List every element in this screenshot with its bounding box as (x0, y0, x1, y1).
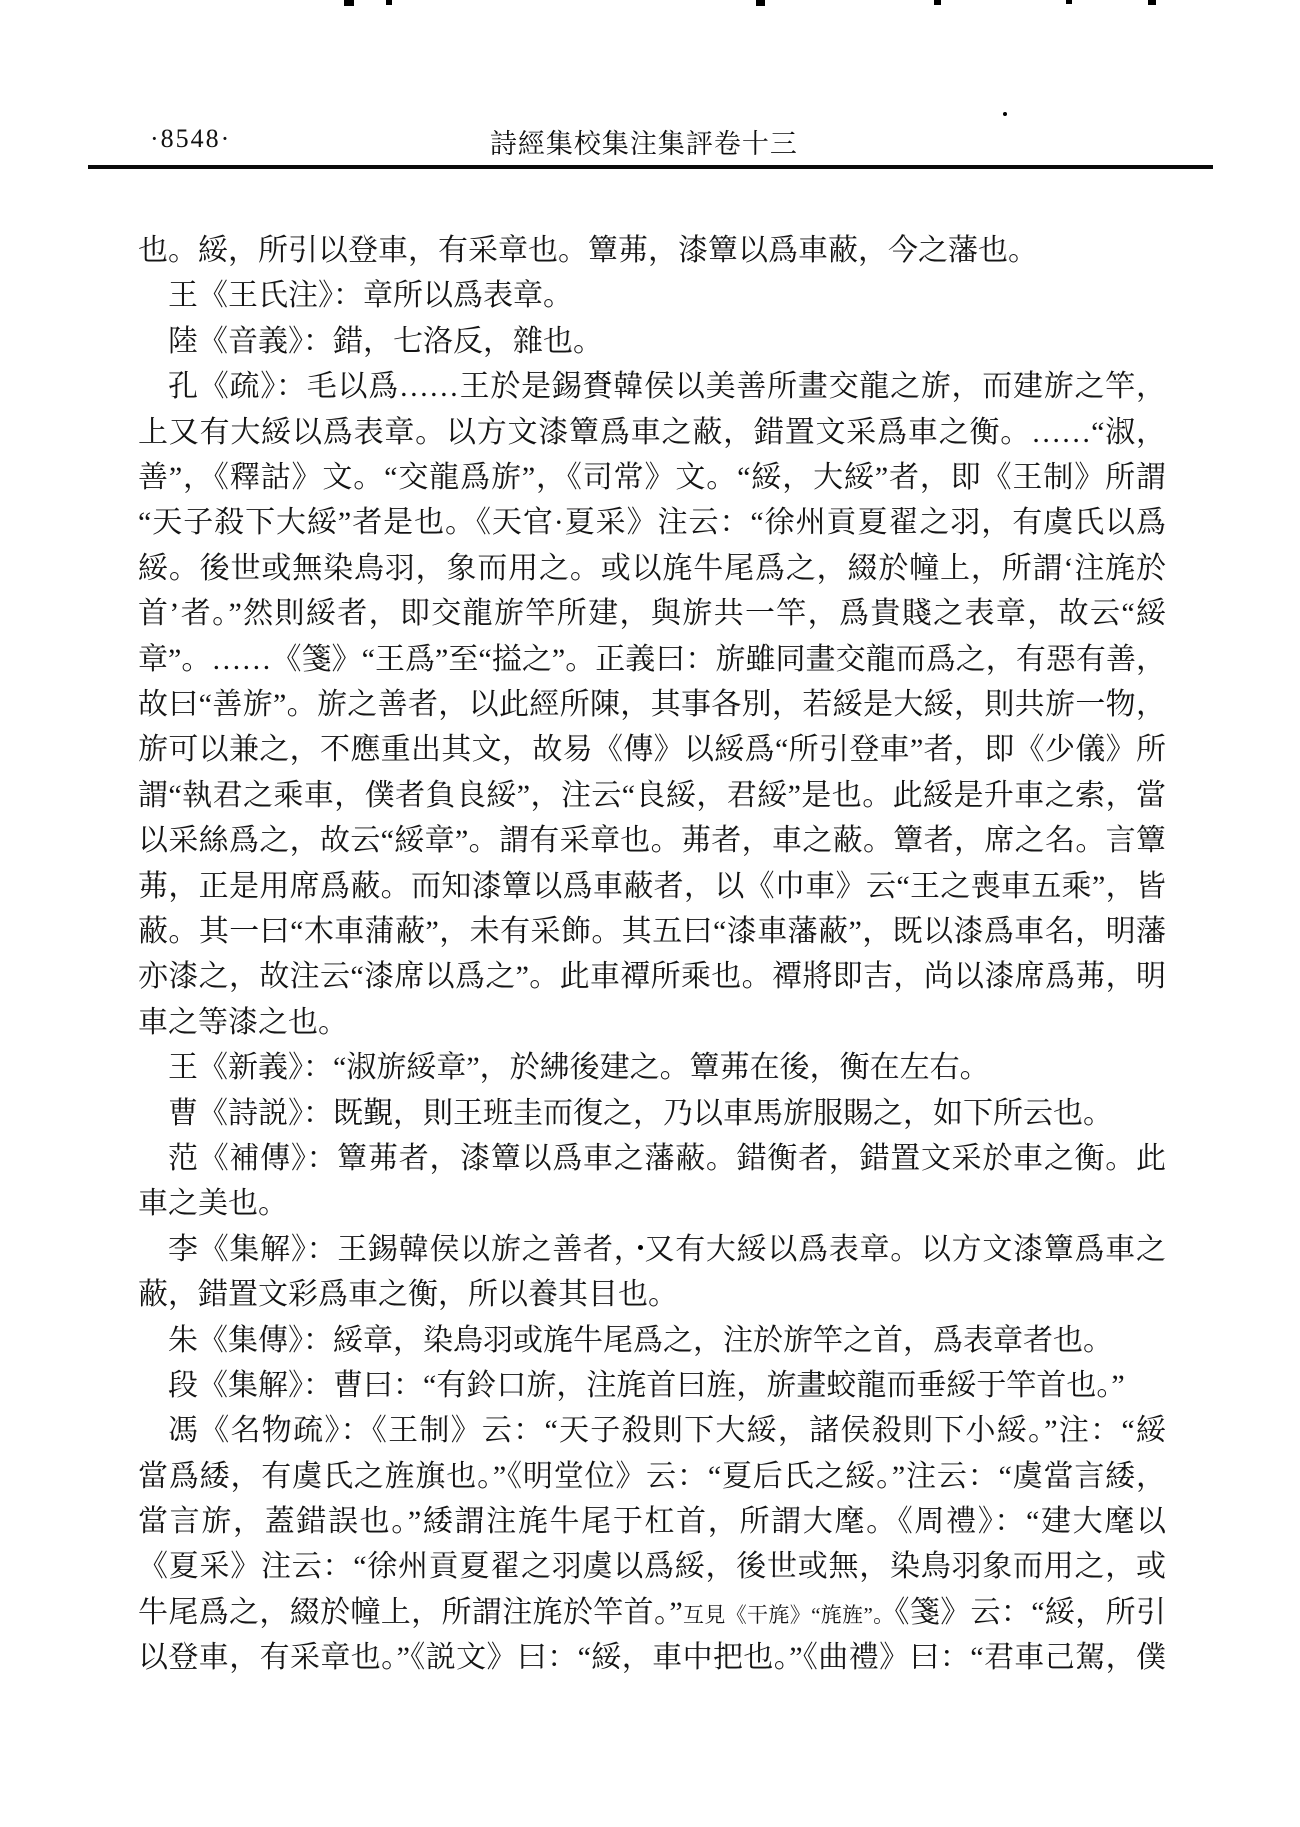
text-line: 故曰“善旂”。旂之善者，以此經所陳，其事各別，若綏是大綏，則共旂一物，淑 (138, 682, 1166, 727)
text-segment: 蔽。其一曰“木車蒲蔽”，未有采飾。其五曰“漆車藩蔽”，既以漆爲車名，明藩 (138, 915, 1166, 948)
text-segment: 章”。……《箋》“王爲”至“搤之”。正義曰：旂雖同畫交龍而爲之，有惡有善， (138, 643, 1166, 676)
text-segment: 《箋》云：“綏，所引 (895, 1596, 1166, 1629)
text-segment: 《夏采》注云：“徐州貢夏翟之羽虞以爲綏，後世或無，染鳥羽象而用之，或以旄 (138, 1550, 1166, 1589)
scan-speck (934, 0, 941, 5)
text-line: 曹《詩説》：既覲，則王班圭而復之，乃以車馬旂服賜之，如下所云也。 (138, 1091, 1166, 1136)
text-segment: 曹《詩説》：既覲，則王班圭而復之，乃以車馬旂服賜之，如下所云也。 (168, 1097, 1113, 1130)
text-line: 朱《集傳》：綏章，染鳥羽或旄牛尾爲之，注於旂竿之首，爲表章者也。 (138, 1318, 1166, 1363)
text-segment: 綏。後世或無染鳥羽，象而用之。或以旄牛尾爲之，綴於幢上，所謂‘注旄於竿 (138, 552, 1166, 591)
text-segment: 牛尾爲之，綴於幢上，所謂注旄於竿首。” (138, 1596, 683, 1629)
text-segment: 當言旂，蓋錯誤也。”緌謂注旄牛尾于杠首，所謂大麾。《周禮》：“建大麾以田。” (138, 1505, 1166, 1544)
text-segment: 蔽，錯置文彩爲車之衡，所以養其目也。 (138, 1278, 678, 1311)
text-line: 上又有大綏以爲表章。以方文漆簟爲車之蔽，錯置文采爲車之衡。……“淑， (138, 410, 1166, 455)
text-line: 段《集解》：曹曰：“有鈴口旂，注旄首曰旌，旂畫蛟龍而垂綏于竿首也。” (138, 1363, 1166, 1408)
text-segment: 李《集解》：王錫韓侯以旂之善者，又有大綏以爲表章。以方文漆簟爲車之 (168, 1233, 1166, 1266)
text-segment: 上又有大綏以爲表章。以方文漆簟爲車之蔽，錯置文采爲車之衡。……“淑， (138, 416, 1166, 449)
text-line: 首’者。”然則綏者，即交龍旂竿所建，與旂共一竿，爲貴賤之表章，故云“綏 (138, 591, 1166, 636)
text-line: 范《補傳》：簟茀者，漆簟以爲車之藩蔽。錯衡者，錯置文采於車之衡。此言 (138, 1136, 1166, 1181)
text-segment: 首’者。”然則綏者，即交龍旂竿所建，與旂共一竿，爲貴賤之表章，故云“綏 (138, 597, 1166, 630)
text-segment: “天子殺下大綏”者是也。《天官·夏采》注云：“徐州貢夏翟之羽，有虞氏以爲 (138, 506, 1166, 539)
text-line: 牛尾爲之，綴於幢上，所謂注旄於竿首。”互見《干旄》“旄旌”。《箋》云：“綏，所引 (138, 1590, 1166, 1635)
text-line: 陸《音義》：錯，七洛反，雜也。 (138, 319, 1166, 364)
text-segment: 茀，正是用席爲蔽。而知漆簟以爲車蔽者，以《巾車》云“王之喪車五乘”，皆有 (138, 870, 1166, 909)
scan-speck (344, 0, 354, 6)
text-segment: 車之等漆之也。 (138, 1006, 348, 1039)
text-line: 馮《名物疏》：《王制》云：“天子殺則下大綏，諸侯殺則下小綏。”注：“綏 (138, 1408, 1166, 1453)
text-segment: 謂“執君之乘車，僕者負良綏”，注云“良綏，君綏”是也。此綏是升車之索，當 (138, 779, 1166, 812)
text-segment: 王《王氏注》：章所以爲表章。 (168, 279, 573, 312)
text-segment: 馮《名物疏》：《王制》云：“天子殺則下大綏，諸侯殺則下小綏。”注：“綏 (168, 1414, 1166, 1447)
text-line: 王《新義》：“淑旂綏章”，於紼後建之。簟茀在後，衡在左右。 (138, 1045, 1166, 1090)
text-line: “天子殺下大綏”者是也。《天官·夏采》注云：“徐州貢夏翟之羽，有虞氏以爲 (138, 500, 1166, 545)
text-line: 蔽。其一曰“木車蒲蔽”，未有采飾。其五曰“漆車藩蔽”，既以漆爲車名，明藩 (138, 909, 1166, 954)
inline-note: 互見《干旄》“旄旌”。 (683, 1603, 895, 1627)
scan-speck (386, 0, 392, 5)
text-line: 蔽，錯置文彩爲車之衡，所以養其目也。 (138, 1272, 1166, 1317)
text-line: 章”。……《箋》“王爲”至“搤之”。正義曰：旂雖同畫交龍而爲之，有惡有善， (138, 637, 1166, 682)
text-segment: 孔《疏》：毛以爲……王於是錫賚韓侯以美善所畫交龍之旂，而建旂之竿，其 (138, 370, 1166, 409)
scan-speck (1003, 112, 1007, 116)
text-line: 善”，《釋詁》文。“交龍爲旂”，《司常》文。“綏，大綏”者，即《王制》所謂 (138, 455, 1166, 500)
text-line: 亦漆之，故注云“漆席以爲之”。此車禫所乘也。禫將即吉，尚以漆席爲茀，明吉 (138, 954, 1166, 999)
text-segment: 王《新義》：“淑旂綏章”，於紼後建之。簟茀在後，衡在左右。 (168, 1051, 990, 1084)
text-line: 茀，正是用席爲蔽。而知漆簟以爲車蔽者，以《巾車》云“王之喪車五乘”，皆有 (138, 864, 1166, 909)
text-segment: 以采絲爲之，故云“綏章”。謂有采章也。茀者，車之蔽。簟者，席之名。言簟 (138, 824, 1166, 857)
text-segment: 亦漆之，故注云“漆席以爲之”。此車禫所乘也。禫將即吉，尚以漆席爲茀，明吉 (138, 960, 1166, 999)
text-line: 車之美也。 (138, 1181, 1166, 1226)
running-title: 詩經集校集注集評卷十三 (490, 122, 798, 161)
text-segment: 朱《集傳》：綏章，染鳥羽或旄牛尾爲之，注於旂竿之首，爲表章者也。 (168, 1324, 1113, 1357)
text-segment: 范《補傳》：簟茀者，漆簟以爲車之藩蔽。錯衡者，錯置文采於車之衡。此言 (138, 1142, 1166, 1181)
text-line: 李《集解》：王錫韓侯以旂之善者，又有大綏以爲表章。以方文漆簟爲車之 (138, 1227, 1166, 1272)
text-segment: 陸《音義》：錯，七洛反，雜也。 (168, 325, 603, 358)
text-segment: 善”，《釋詁》文。“交龍爲旂”，《司常》文。“綏，大綏”者，即《王制》所謂 (138, 461, 1166, 494)
text-line: 孔《疏》：毛以爲……王於是錫賚韓侯以美善所畫交龍之旂，而建旂之竿，其 (138, 364, 1166, 409)
text-line: 當爲緌，有虞氏之旌旗也。”《明堂位》云：“夏后氏之綏。”注云：“虞當言緌，夏 (138, 1454, 1166, 1499)
text-line: 也。綏，所引以登車，有采章也。簟茀，漆簟以爲車蔽，今之藩也。 (138, 228, 1166, 273)
book-page: ·8548· 詩經集校集注集評卷十三 也。綏，所引以登車，有采章也。簟茀，漆簟以… (0, 0, 1300, 1827)
text-segment: 段《集解》：曹曰：“有鈴口旂，注旄首曰旌，旂畫蛟龍而垂綏于竿首也。” (168, 1369, 1125, 1402)
text-line: 以采絲爲之，故云“綏章”。謂有采章也。茀者，車之蔽。簟者，席之名。言簟 (138, 818, 1166, 863)
header-divider (88, 165, 1213, 169)
text-line: 車之等漆之也。 (138, 1000, 1166, 1045)
text-line: 《夏采》注云：“徐州貢夏翟之羽虞以爲綏，後世或無，染鳥羽象而用之，或以旄 (138, 1544, 1166, 1589)
text-line: 謂“執君之乘車，僕者負良綏”，注云“良綏，君綏”是也。此綏是升車之索，當 (138, 773, 1166, 818)
page-number: ·8548· (150, 124, 231, 154)
text-segment: 也。綏，所引以登車，有采章也。簟茀，漆簟以爲車蔽，今之藩也。 (138, 234, 1038, 267)
text-line: 當言旂，蓋錯誤也。”緌謂注旄牛尾于杠首，所謂大麾。《周禮》：“建大麾以田。” (138, 1499, 1166, 1544)
text-segment: 車之美也。 (138, 1187, 288, 1220)
text-line: 以登車，有采章也。”《説文》曰：“綏，車中把也。”《曲禮》曰：“君車己駕，僕 (138, 1635, 1166, 1680)
text-line: 王《王氏注》：章所以爲表章。 (138, 273, 1166, 318)
scan-speck (756, 0, 765, 6)
text-segment: 當爲緌，有虞氏之旌旗也。”《明堂位》云：“夏后氏之綏。”注云：“虞當言緌，夏 (138, 1460, 1166, 1499)
page-header: ·8548· 詩經集校集注集評卷十三 (0, 120, 1300, 160)
text-line: 綏。後世或無染鳥羽，象而用之。或以旄牛尾爲之，綴於幢上，所謂‘注旄於竿 (138, 546, 1166, 591)
text-segment: 旂可以兼之，不應重出其文，故易《傳》以綏爲“所引登車”者，即《少儀》所 (138, 733, 1166, 766)
scan-speck (1148, 0, 1156, 5)
scan-speck (1066, 0, 1072, 4)
text-line: 旂可以兼之，不應重出其文，故易《傳》以綏爲“所引登車”者，即《少儀》所 (138, 727, 1166, 772)
body-text: 也。綏，所引以登車，有采章也。簟茀，漆簟以爲車蔽，今之藩也。王《王氏注》：章所以… (138, 228, 1166, 1681)
text-segment: 以登車，有采章也。”《説文》曰：“綏，車中把也。”《曲禮》曰：“君車己駕，僕 (138, 1641, 1166, 1674)
text-segment: 故曰“善旂”。旂之善者，以此經所陳，其事各別，若綏是大綏，則共旂一物，淑 (138, 688, 1166, 727)
